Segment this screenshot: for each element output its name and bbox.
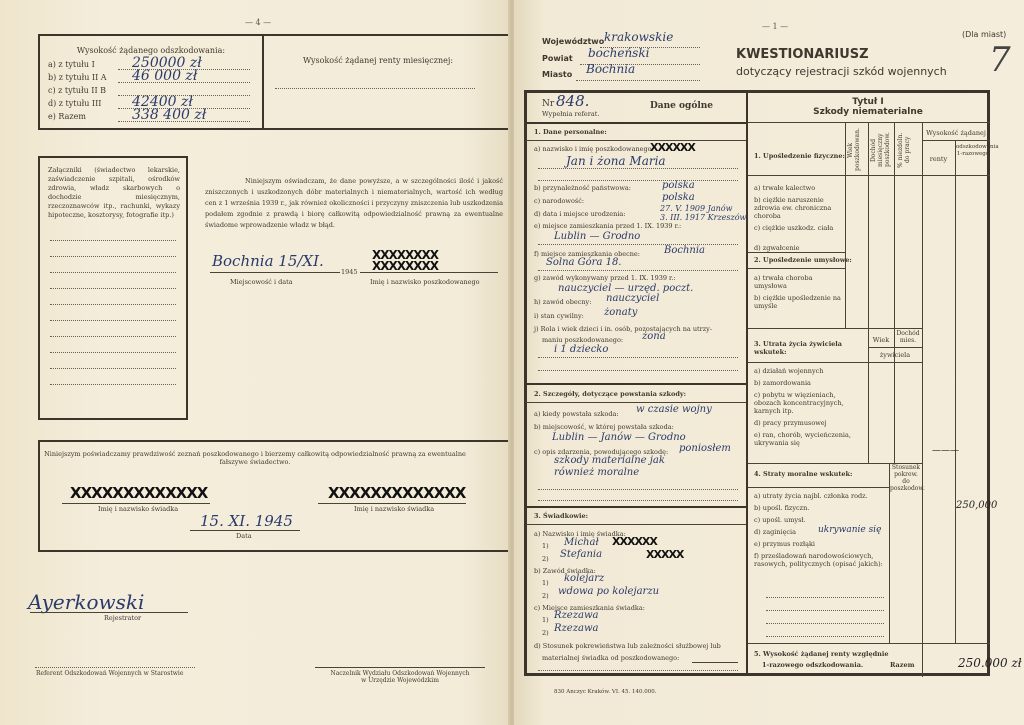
divider [748,643,990,644]
s3-col-age: Wiek [868,336,894,344]
s2-item: b) ciężkie upośledzenie na umyśle [754,294,842,310]
field-line [538,168,738,169]
s4-item: c) upośl. umysł. [754,516,884,524]
attachment-line[interactable] [50,320,176,321]
section3-heading: 3. Świadkowie: [534,512,588,520]
col-lump-header: odszkodowania 1-razowego [956,144,990,158]
s2a-label: a) kiedy powstała szkoda: [534,410,619,418]
s2-item: a) trwała choroba umysłowa [754,274,842,290]
compensation-row-label: a) z tytułu I [48,60,95,70]
field-c-label: c) narodowość: [534,197,584,205]
field-a-value[interactable]: Jan i żona Maria [566,154,666,168]
field-line [538,489,738,490]
field-e-label: e) miejsce zamieszkania przed 1. IX. 193… [534,222,681,230]
witness-2-redacted: XXXXX [646,548,683,561]
form-subtitle: dotyczący rejestracji szkód wojennych [736,65,947,78]
divider [526,383,746,385]
field-g-label: g) zawód wykonywany przed 1. IX. 1939 r.… [534,274,676,282]
witness1-redacted: XXXXXXXXXXXXX [70,484,207,502]
attachment-line[interactable] [50,368,176,369]
attachment-line[interactable] [50,272,176,273]
field-line [538,270,738,271]
section1-heading: 1. Dane personalne: [534,128,607,136]
col-requested-header: Wysokość żądanej [922,129,990,137]
nr-label: Nr [542,99,554,109]
divider [526,122,746,124]
signature-label: Imię i nazwisko poszkodowanego [370,278,480,286]
date-label: Data [236,532,252,540]
compensation-row-label: e) Razem [48,112,86,122]
field-d-value-1[interactable]: 27. V. 1909 Janów [660,204,732,213]
field-j-value-2[interactable]: i 1 dziecko [554,344,608,355]
divider [748,175,990,176]
attachment-line[interactable] [50,384,176,385]
divider [526,140,746,141]
field-j-label-2: maniu poszkodowanego: [542,336,623,344]
s4-item: b) upośl. fizyczn. [754,504,884,512]
s3-heading: 3. Utrata życia żywiciela wskutek: [754,340,854,356]
naczelnik-label-2: w Urzędzie Wojewódzkim [310,677,490,684]
field-h-value[interactable]: nauczyciel [606,293,659,304]
city-line [576,80,700,81]
col-income-header: Dochód miesięczny poszkodow. [870,126,892,174]
compensation-row-value[interactable]: 338 400 zł [132,107,206,123]
field-c-value[interactable]: polska [662,192,695,203]
s5-total-value[interactable]: 250.000 zł [958,656,1022,670]
field-f-value-1[interactable]: Bochnia [664,245,705,256]
s2c-value-3[interactable]: również moralne [554,467,639,478]
s4-lump-value[interactable]: 250,000 [956,500,997,511]
field-line [766,636,884,637]
divider [922,140,990,141]
voivodeship-value[interactable]: krakowskie [604,30,673,44]
divider [748,328,922,329]
right-page: — 1 — (Dla miast) Województwo krakowskie… [514,0,1024,725]
attachment-line[interactable] [50,352,176,353]
compensation-row-label: c) z tytułu II B [48,86,106,96]
place-date-line [210,272,340,273]
field-d-value-2[interactable]: 3. III. 1917 Krzeszów [660,213,746,222]
attachments-text: Załączniki (świadectwo lekarskie, zaświa… [48,166,180,220]
field-j-label-1: j) Rola i wiek dzieci i in. osób, pozost… [534,325,712,333]
divider [526,402,746,403]
strikethrough-mark: ——— [932,446,959,456]
divider [748,487,889,488]
witness2-redacted: XXXXXXXXXXXXX [328,484,465,502]
attachments-box: Załączniki (świadectwo lekarskie, zaświa… [38,156,188,420]
compensation-row-label: b) z tytułu II A [48,73,107,83]
divider [868,347,922,348]
witness-text: Niniejszym poświadczamy prawdziwość zezn… [40,450,470,466]
pension-field[interactable] [275,88,475,89]
witness-box: Niniejszym poświadczamy prawdziwość zezn… [38,440,516,552]
witness-1-residence[interactable]: Rzezawa [554,610,598,621]
col-line [955,140,956,643]
pension-box: Wysokość żądanej renty miesięcznej: [262,34,512,130]
date-line [190,530,300,531]
col-line [922,122,923,677]
s1-item: d) zgwałcenie [754,244,842,252]
s3-item: b) zamordowania [754,379,864,387]
s5-line-2: 1-razowego odszkodowania. [762,661,863,669]
compensation-row-label: d) z tytułu III [48,99,101,109]
witness2-line [318,503,466,504]
field-f-value-2[interactable]: Solna Góra 18. [546,257,621,268]
registrar-line [30,612,188,613]
s2c-value-1[interactable]: poniosłem [679,443,731,454]
s4-heading: 4. Straty moralne wskutek: [754,470,852,478]
registrar-signature[interactable]: Ayerkowski [28,590,144,614]
left-page: — 4 — Wysokość żądanego odszkodowania: W… [0,0,512,725]
county-label: Powiat [542,54,573,64]
s1-item: c) ciężkie uszkodz. ciała [754,224,842,232]
field-line [766,597,884,598]
for-cities-label: (Dla miast) [962,30,1006,40]
s3-item: c) pobytu w więzieniach, obozach koncent… [754,391,864,415]
attachment-line[interactable] [50,288,176,289]
naczelnik-label-1: Naczelnik Wydziału Odszkodowań Wojennych [310,670,490,677]
declaration-place-date[interactable]: Bochnia 15/XI. [212,252,324,270]
col-line [894,122,895,463]
s2a-value[interactable]: w czasie wojny [636,404,712,415]
witness1-line [62,503,210,504]
divider [748,362,922,363]
county-value[interactable]: bocheński [588,46,649,60]
divider [526,524,746,525]
page-number: — 4 — [245,18,271,27]
s2b-value[interactable]: Lublin — Janów — Grodno [552,432,686,443]
witness-relation-label-1: d) Stosunek pokrewieństwa lub zależności… [534,642,721,650]
s5-line-1: 5. Wysokość żądanej renty względnie [754,650,888,658]
declaration-text: Niniejszym oświadczam, że dane powyższe,… [205,176,503,231]
col-line [845,122,846,328]
city-value[interactable]: Bochnia [586,62,635,76]
title1-heading: Tytuł I [748,97,988,107]
place-date-label: Miejscowość i data [230,278,293,286]
witness-1-redacted: XXXXXX [612,535,657,548]
attachment-line[interactable] [50,336,176,337]
nr-value[interactable]: 848. [556,92,589,110]
field-line [766,623,884,624]
col-age-header: Wiek poszkodowan. [847,128,867,172]
field-j-value-1[interactable]: żona [642,331,666,342]
field-a-label: a) nazwisko i imię poszkodowanego [534,145,652,153]
field-d-label: d) data i miejsce urodzenia: [534,210,625,218]
field-line [766,610,884,611]
s4-item: a) utraty życia najbl. członka rodz. [754,492,884,500]
divider [748,252,846,253]
witness2-label: Imię i nazwisko świadka [354,505,434,513]
s3-item: e) ran, chorób, wycieńczenia, ukrywania … [754,431,864,447]
naczelnik-line [315,667,485,668]
field-line [692,662,738,663]
attachment-line[interactable] [50,256,176,257]
field-line [538,180,738,181]
handwritten-mark: 7 [989,40,1011,80]
col-pension-header: renty [922,155,955,163]
declaration-year: 1945 [341,268,358,276]
divider [748,122,990,123]
witness-2-occupation[interactable]: wdowa po kolejarzu [558,586,659,597]
field-line [538,670,738,671]
witness-1-name[interactable]: Michał [564,537,599,548]
field-line [538,370,738,371]
title1-subheading: Szkody niematerialne [748,107,988,117]
witness-2-residence[interactable]: Rzezawa [554,623,598,634]
pension-title: Wysokość żądanej renty miesięcznej: [263,56,493,66]
s4-col-relation: Stosunek pokrew. do poszkodow. [890,464,922,492]
referent-label: Referent Odszkodowań Wojennych w Starost… [36,670,183,678]
printer-note: 830 Anczyc Kraków. VI. 45. 140.000. [554,688,657,696]
field-e-value[interactable]: Lublin — Grodno [554,231,640,242]
s3-item: a) działań wojennych [754,367,864,375]
s2-heading: 2. Upośledzenie umysłowe: [754,256,852,264]
s3-item: d) pracy przymusowej [754,419,864,427]
section2-heading: 2. Szczegóły, dotyczące powstania szkody… [534,390,686,398]
general-heading: Dane ogólne [650,101,713,111]
declarant-signature-redacted: XXXXXXXX XXXXXXXX [372,250,468,272]
column-divider [746,90,748,676]
field-a-redacted: XXXXXX [650,141,695,154]
field-line [538,500,738,501]
attachment-line[interactable] [50,240,176,241]
col-unfit-header: % niezdoln. do pracy [897,128,919,172]
field-b-label: b) przynależność państwowa: [534,184,631,192]
field-line [538,357,738,358]
s1-item: b) ciężkie naruszenie zdrowia ew. chroni… [754,196,842,220]
s4-item: e) przymus rozłąki [754,540,884,548]
s1-heading: 1. Upośledzenie fizyczne: [754,152,845,160]
field-i-value[interactable]: żonaty [604,307,637,318]
s4-item: f) prześladowań narodowościowych, rasowy… [754,552,884,568]
witness1-label: Imię i nazwisko świadka [98,505,178,513]
field-line [538,244,738,245]
s3-col-sub: żywiciela [868,351,922,359]
witness-relation-label-2: materialnej świadka od poszkodowanego: [542,654,679,662]
divider [526,506,746,508]
witness-date[interactable]: 15. XI. 1945 [200,512,293,530]
field-h-label: h) zawód obecny: [534,298,591,306]
s5-total-label: Razem [890,661,914,669]
s3-col-income: Dochód mies. [894,330,922,344]
witness-2-name[interactable]: Stefania [560,549,602,560]
attachment-line[interactable] [50,304,176,305]
registrar-label: Rejestrator [104,614,141,622]
s2c-value-2[interactable]: szkody materialne jak [554,455,665,466]
compensation-row-value[interactable]: 46 000 zł [132,68,197,84]
divider [748,268,846,269]
s2b-label: b) miejscowość, w której powstała szkoda… [534,423,674,431]
city-label: Miasto [542,70,572,80]
witness-1-occupation[interactable]: kolejarz [564,573,604,584]
s4-item: d) zaginięcia [754,528,884,536]
field-i-label: i) stan cywilny: [534,312,584,320]
nr-note: Wypełnia referat. [542,110,599,118]
col-line [868,328,869,463]
referent-line [35,667,195,668]
page-number: — 1 — [762,22,788,31]
field-b-value[interactable]: polska [662,180,695,191]
form-title: KWESTIONARIUSZ [736,47,869,62]
col-line [868,122,869,328]
s1-item: a) trwałe kalectwo [754,184,842,192]
